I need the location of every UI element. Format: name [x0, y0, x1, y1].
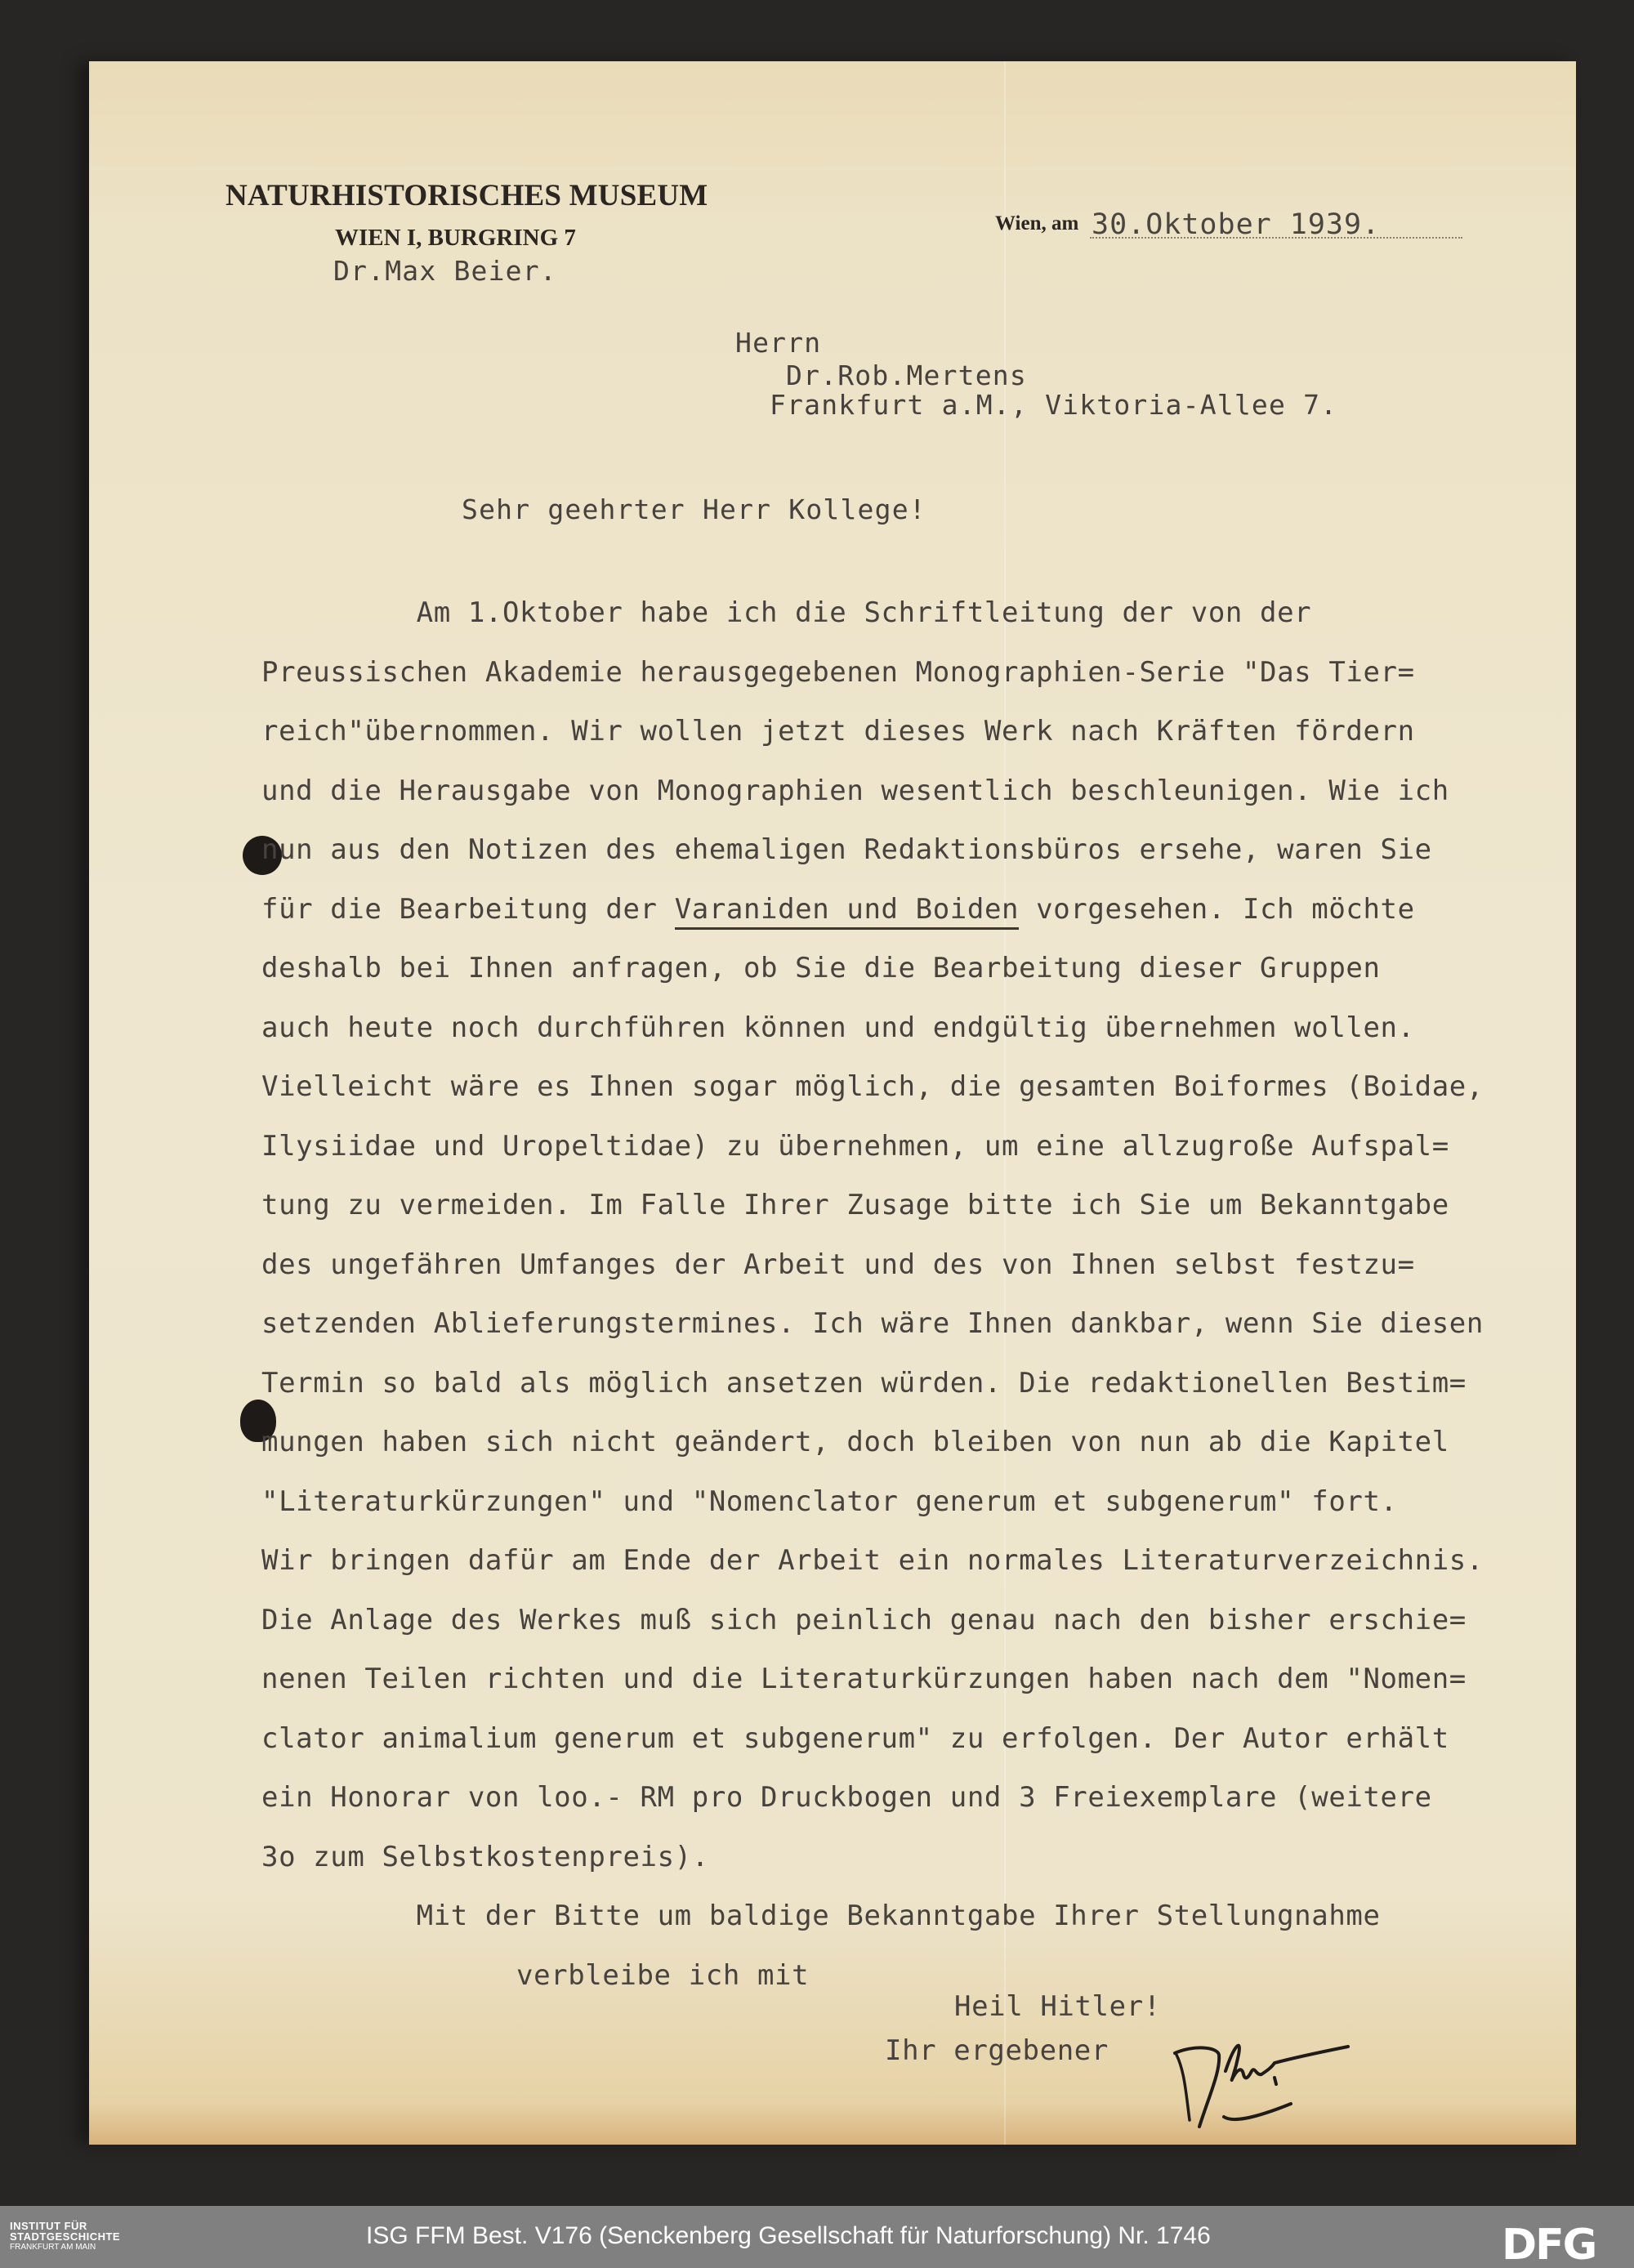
institute-line2: STADTGESCHICHTE — [10, 2231, 120, 2242]
body-line: tung zu vermeiden. Im Falle Ihrer Zusage… — [261, 1189, 1449, 1221]
recipient-name: Dr.Rob.Mertens — [786, 359, 1027, 391]
body-line: Wir bringen dafür am Ende der Arbeit ein… — [261, 1544, 1484, 1577]
body-line: Termin so bald als möglich ansetzen würd… — [261, 1367, 1467, 1400]
body-line: "Literaturkürzungen" und "Nomenclator ge… — [261, 1485, 1398, 1518]
letter-date: 30.Oktober 1939. — [1092, 208, 1380, 241]
dfg-logo-icon: DFG — [1502, 2224, 1596, 2266]
body-line: ein Honorar von loo.- RM pro Druckbogen … — [261, 1781, 1432, 1814]
signature-icon — [1160, 2038, 1422, 2136]
closing-request: Mit der Bitte um baldige Bekanntgabe Ihr… — [261, 1900, 1381, 1932]
greeting: Sehr geehrter Herr Kollege! — [462, 493, 926, 525]
underlined-taxa: Varaniden und Boiden — [675, 893, 1019, 930]
body-line: clator animalium generum et subgenerum" … — [261, 1722, 1449, 1755]
body-line: 3o zum Selbstkostenpreis). — [261, 1841, 709, 1873]
body-line: auch heute noch durchführen können und e… — [261, 1011, 1415, 1044]
body-line: Vielleicht wäre es Ihnen sogar möglich, … — [261, 1070, 1484, 1103]
body-line: reich"übernommen. Wir wollen jetzt diese… — [261, 715, 1415, 748]
body-line: Die Anlage des Werkes muß sich peinlich … — [261, 1604, 1467, 1636]
body-line: mungen haben sich nicht geändert, doch b… — [261, 1426, 1449, 1458]
archive-caption: ISG FFM Best. V176 (Senckenberg Gesellsc… — [366, 2222, 1211, 2250]
valediction: Ihr ergebener — [885, 2034, 1109, 2067]
letterhead-institution: NATURHISTORISCHES MUSEUM — [225, 178, 708, 213]
body-line: setzenden Ablieferungstermines. Ich wäre… — [261, 1307, 1484, 1340]
date-place-label: Wien, am — [995, 212, 1078, 235]
body-line: nenen Teilen richten und die Literaturkü… — [261, 1663, 1467, 1695]
body-line: des ungefähren Umfanges der Arbeit und d… — [261, 1248, 1415, 1281]
recipient-salutation: Herrn — [735, 327, 821, 359]
body-text: für die Bearbeitung der — [261, 893, 675, 926]
body-line: nun aus den Notizen des ehemaligen Redak… — [261, 833, 1432, 866]
body-line: und die Herausgabe von Monographien wese… — [261, 775, 1449, 807]
closing-remain: verbleibe ich mit — [516, 1959, 809, 1992]
institute-logo: INSTITUT FÜR STADTGESCHICHTE FRANKFURT A… — [10, 2221, 120, 2252]
institute-line3: FRANKFURT AM MAIN — [10, 2242, 120, 2252]
body-text: vorgesehen. Ich möchte — [1019, 893, 1415, 926]
body-line: für die Bearbeitung der Varaniden und Bo… — [261, 893, 1415, 926]
body-line: deshalb bei Ihnen anfragen, ob Sie die B… — [261, 952, 1381, 984]
body-line: Ilysiidae und Uropeltidae) zu übernehmen… — [261, 1130, 1449, 1163]
letterhead-address: WIEN I, BURGRING 7 — [335, 225, 576, 252]
archive-footer: INSTITUT FÜR STADTGESCHICHTE FRANKFURT A… — [0, 2206, 1634, 2268]
date-dotted-line — [1090, 237, 1462, 239]
sender-name: Dr.Max Beier. — [333, 255, 557, 287]
body-line: Am 1.Oktober habe ich die Schriftleitung… — [261, 596, 1311, 629]
recipient-address: Frankfurt a.M., Viktoria-Allee 7. — [770, 389, 1337, 421]
closing-salute: Heil Hitler! — [954, 1990, 1161, 2023]
body-line: Preussischen Akademie herausgegebenen Mo… — [261, 656, 1415, 689]
